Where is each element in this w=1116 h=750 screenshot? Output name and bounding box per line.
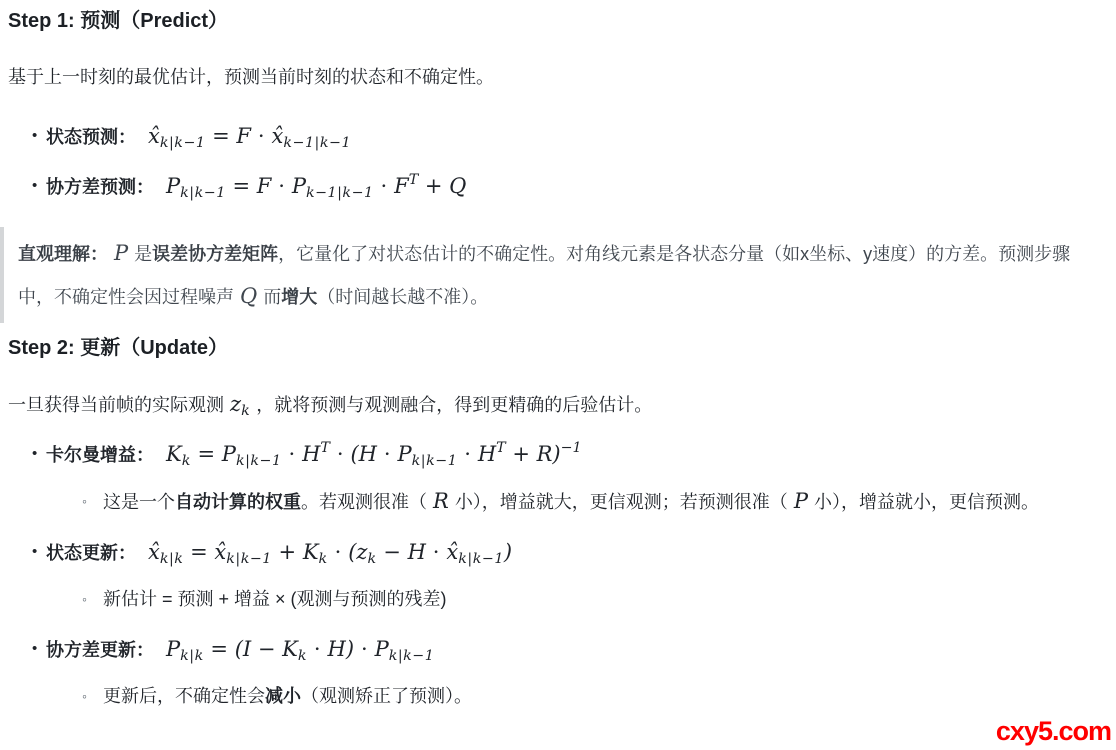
text-run: 更新后，不确定性会 xyxy=(103,686,265,706)
text-run: 小），增益就小，更信预测。 xyxy=(814,492,1039,512)
intuition-blockquote: 直观理解：P是误差协方差矩阵，它量化了对状态估计的不确定性。对角线元素是各状态分… xyxy=(0,227,1108,323)
bold-text: 减小 xyxy=(265,686,301,706)
state-prediction-formula: x̂k|k−1 = F ⋅ x̂k−1|k−1 xyxy=(148,124,351,148)
text-run: 新估计 = 预测 + 增益 × (观测与预测的残差) xyxy=(103,589,447,609)
bullet-label: 协方差更新： xyxy=(46,640,154,660)
inline-math: R xyxy=(433,489,449,513)
bold-text: 直观理解： xyxy=(18,244,108,264)
inline-math: zk xyxy=(230,392,250,416)
sub-list-item-gain-explanation: 这是一个自动计算的权重。若观测很准（R小），增益就大，更信观测；若预测很准（P小… xyxy=(103,479,1108,524)
bold-text: 增大 xyxy=(281,287,317,307)
covariance-prediction-formula: Pk|k−1 = F ⋅ Pk−1|k−1 ⋅ FT + Q xyxy=(166,174,466,198)
step1-heading: Step 1: 预测（Predict） xyxy=(8,8,1108,34)
bullet-label: 卡尔曼增益： xyxy=(46,445,154,465)
inline-math: Q xyxy=(240,284,257,308)
text-run: 是 xyxy=(134,244,152,264)
text-run: 这是一个 xyxy=(103,492,175,512)
text-run: ，就将预测与观测融合，得到更精确的后验估计。 xyxy=(256,395,652,415)
site-watermark: cxy5.com xyxy=(996,716,1111,747)
bullet-label: 协方差预测： xyxy=(46,177,154,197)
kalman-gain-formula: Kk = Pk|k−1 ⋅ HT ⋅ (H ⋅ Pk|k−1 ⋅ HT + R)… xyxy=(166,442,582,466)
sub-list: 新估计 = 预测 + 增益 × (观测与预测的残差) xyxy=(46,577,1108,621)
step1-intro: 基于上一时刻的最优估计，预测当前时刻的状态和不确定性。 xyxy=(8,64,1108,90)
document-page: { "colors": { "text": "#20242a", "waterm… xyxy=(0,0,1116,750)
text-run: 一旦获得当前帧的实际观测 xyxy=(8,395,224,415)
text-run: （时间越长越不准）。 xyxy=(317,287,488,307)
step2-intro: 一旦获得当前帧的实际观测zk，就将预测与观测融合，得到更精确的后验估计。 xyxy=(8,391,1108,418)
sub-list: 这是一个自动计算的权重。若观测很准（R小），增益就大，更信观测；若预测很准（P小… xyxy=(46,479,1108,524)
inline-math: P xyxy=(794,489,808,513)
list-item-kalman-gain: 卡尔曼增益：Kk = Pk|k−1 ⋅ HT ⋅ (H ⋅ Pk|k−1 ⋅ H… xyxy=(46,432,1108,524)
sub-list: 更新后，不确定性会减小（观测矫正了预测）。 xyxy=(46,674,1108,718)
covariance-update-formula: Pk|k = (I − Kk ⋅ H) ⋅ Pk|k−1 xyxy=(166,637,434,661)
text-run: 小），增益就大，更信观测；若预测很准（ xyxy=(455,492,788,512)
bold-text: 自动计算的权重 xyxy=(175,492,301,512)
bullet-label: 状态更新： xyxy=(46,543,136,563)
state-update-formula: x̂k|k = x̂k|k−1 + Kk ⋅ (zk − H ⋅ x̂k|k−1… xyxy=(148,540,512,564)
sub-list-item-state-explanation: 新估计 = 预测 + 增益 × (观测与预测的残差) xyxy=(103,577,1108,621)
inline-math: P xyxy=(114,241,128,265)
text-run: 而 xyxy=(263,287,281,307)
bold-text: 误差协方差矩阵 xyxy=(152,244,278,264)
sub-list-item-covariance-explanation: 更新后，不确定性会减小（观测矫正了预测）。 xyxy=(103,674,1108,718)
step2-bullet-list: 卡尔曼增益：Kk = Pk|k−1 ⋅ HT ⋅ (H ⋅ Pk|k−1 ⋅ H… xyxy=(46,432,1108,718)
list-item-covariance-update: 协方差更新：Pk|k = (I − Kk ⋅ H) ⋅ Pk|k−1 更新后，不… xyxy=(46,627,1108,718)
text-run: （观测矫正了预测）。 xyxy=(301,686,472,706)
step1-bullet-list: 状态预测：x̂k|k−1 = F ⋅ x̂k−1|k−1 协方差预测：Pk|k−… xyxy=(46,114,1108,209)
text-run: 。若观测很准（ xyxy=(301,492,427,512)
list-item-state-prediction: 状态预测：x̂k|k−1 = F ⋅ x̂k−1|k−1 xyxy=(46,114,1108,159)
bullet-label: 状态预测： xyxy=(46,127,136,147)
list-item-covariance-prediction: 协方差预测：Pk|k−1 = F ⋅ Pk−1|k−1 ⋅ FT + Q xyxy=(46,164,1108,209)
list-item-state-update: 状态更新：x̂k|k = x̂k|k−1 + Kk ⋅ (zk − H ⋅ x̂… xyxy=(46,530,1108,621)
step2-heading: Step 2: 更新（Update） xyxy=(8,335,1108,361)
